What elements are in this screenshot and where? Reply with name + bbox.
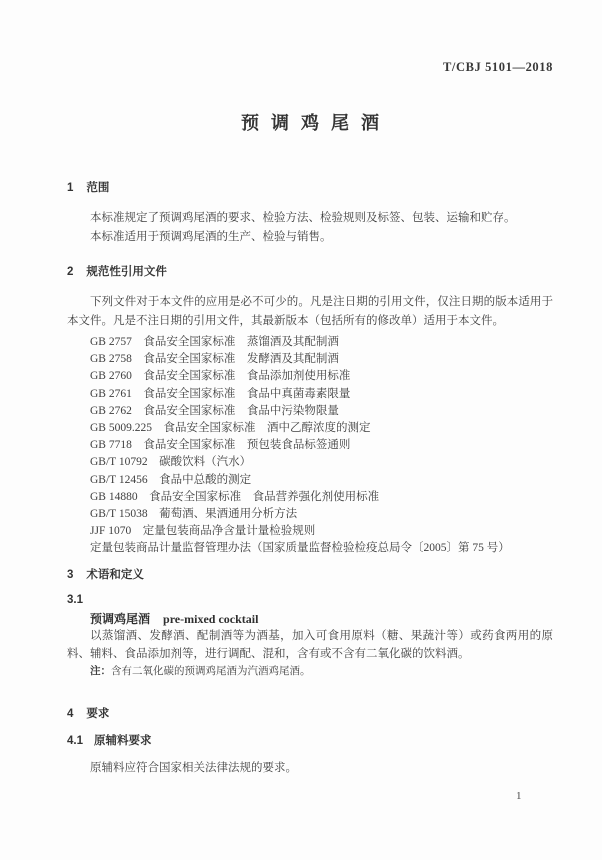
reference-item: GB/T 15038 葡萄酒、果酒通用分析方法 — [67, 506, 553, 523]
term-chinese: 预调鸡尾酒 — [90, 612, 150, 626]
standard-number: T/CBJ 5101—2018 — [67, 0, 553, 75]
section-4-heading: 4要求 — [67, 707, 553, 722]
note-label: 注： — [90, 665, 111, 677]
reference-item: GB 2761 食品安全国家标准 食品中真菌毒素限量 — [67, 386, 553, 403]
clause-4-1-heading: 4.1原辅料要求 — [67, 734, 553, 749]
reference-item: GB 2758 食品安全国家标准 发酵酒及其配制酒 — [67, 351, 553, 368]
reference-item: GB 2757 食品安全国家标准 蒸馏酒及其配制酒 — [67, 334, 553, 351]
section-4-label: 要求 — [86, 708, 109, 720]
reference-item: GB 5009.225 食品安全国家标准 酒中乙醇浓度的测定 — [67, 420, 553, 437]
normative-references-list: GB 2757 食品安全国家标准 蒸馏酒及其配制酒 GB 2758 食品安全国家… — [67, 334, 553, 558]
section-1-paragraph-1: 本标准规定了预调鸡尾酒的要求、检验方法、检验规则及标签、包装、运输和贮存。 — [67, 209, 553, 228]
reference-item: GB 7718 食品安全国家标准 预包装食品标签通则 — [67, 437, 553, 454]
section-3-number: 3 — [67, 568, 73, 583]
note-text: 含有二氧化碳的预调鸡尾酒为汽酒鸡尾酒。 — [111, 666, 311, 677]
reference-item: GB/T 10792 碳酸饮料（汽水） — [67, 454, 553, 471]
clause-4-1-number: 4.1 — [67, 734, 83, 749]
page-content: T/CBJ 5101—2018 预调鸡尾酒 1范围 本标准规定了预调鸡尾酒的要求… — [67, 0, 553, 778]
reference-item: GB/T 12456 食品中总酸的测定 — [67, 472, 553, 489]
section-3-heading: 3术语和定义 — [67, 568, 553, 583]
document-title: 预调鸡尾酒 — [67, 109, 553, 135]
section-1-heading: 1范围 — [67, 181, 553, 196]
section-1-paragraph-2: 本标准适用于预调鸡尾酒的生产、检验与销售。 — [67, 228, 553, 247]
section-2-number: 2 — [67, 265, 73, 280]
reference-item: 定量包装商品计量监督管理办法（国家质量监督检验检疫总局令〔2005〕第 75 号… — [67, 540, 553, 557]
section-3-label: 术语和定义 — [86, 569, 144, 581]
page-number: 1 — [516, 790, 522, 802]
document-page: T/CBJ 5101—2018 预调鸡尾酒 1范围 本标准规定了预调鸡尾酒的要求… — [0, 0, 602, 860]
section-4-number: 4 — [67, 707, 73, 722]
term-definition-text: 以蒸馏酒、发酵酒、配制酒等为酒基，加入可食用原料（糖、果蔬汁等）或药食两用的原料… — [67, 627, 553, 663]
section-1-number: 1 — [67, 181, 73, 196]
reference-item: JJF 1070 定量包装商品净含量计量检验规则 — [67, 523, 553, 540]
clause-3-1-number: 3.1 — [67, 594, 553, 606]
term-definition-line: 预调鸡尾酒pre-mixed cocktail — [67, 610, 553, 627]
section-1-label: 范围 — [86, 182, 109, 194]
reference-item: GB 14880 食品安全国家标准 食品营养强化剂使用标准 — [67, 489, 553, 506]
section-2-label: 规范性引用文件 — [86, 266, 167, 278]
section-2-intro: 下列文件对于本文件的应用是必不可少的。凡是注日期的引用文件，仅注日期的版本适用于… — [67, 293, 553, 330]
term-english: pre-mixed cocktail — [163, 612, 258, 626]
reference-item: GB 2762 食品安全国家标准 食品中污染物限量 — [67, 403, 553, 420]
section-2-heading: 2规范性引用文件 — [67, 265, 553, 280]
reference-item: GB 2760 食品安全国家标准 食品添加剂使用标准 — [67, 368, 553, 385]
term-note: 注：含有二氧化碳的预调鸡尾酒为汽酒鸡尾酒。 — [67, 664, 553, 680]
clause-4-1-paragraph: 原辅料应符合国家相关法律法规的要求。 — [67, 759, 553, 778]
clause-4-1-label: 原辅料要求 — [94, 735, 152, 747]
